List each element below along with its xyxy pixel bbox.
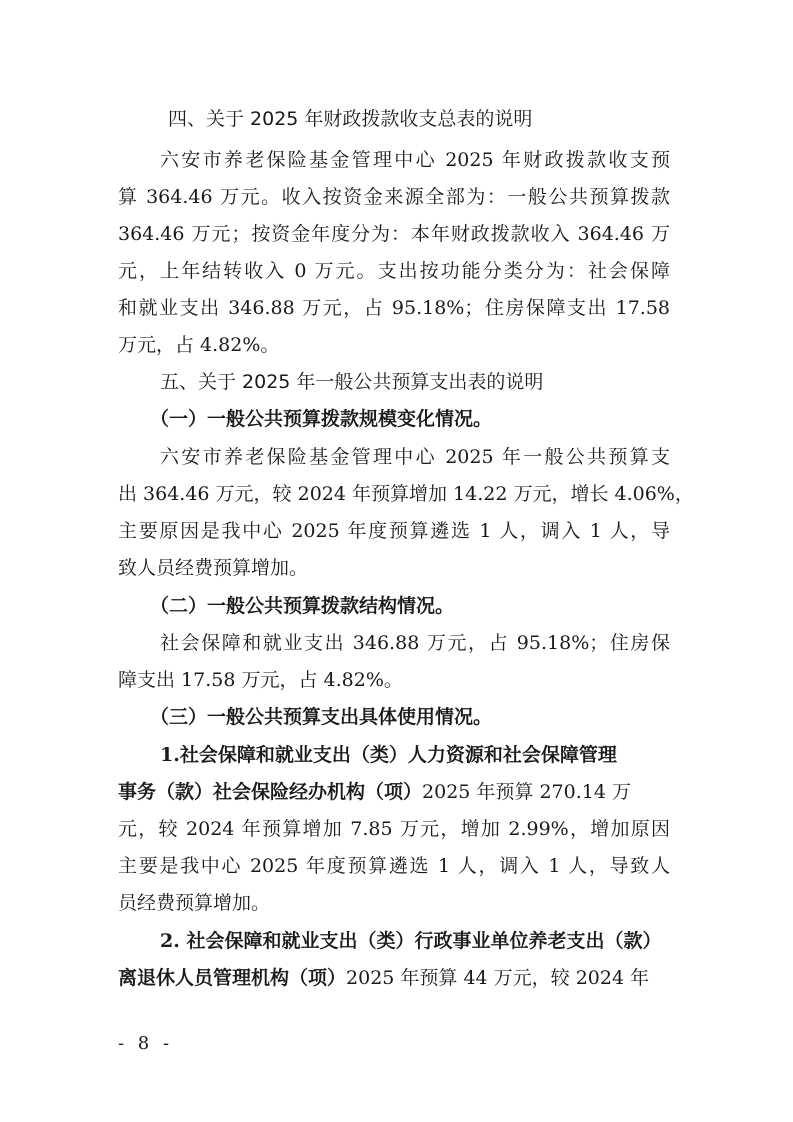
section-heading-5: 五、关于 2025 年一般公共预算支出表的说明 [160,370,670,394]
paragraph-line: 万元，占 4.82%。 [118,333,670,357]
item-2-line: 离退休人员管理机构（项）2025 年预算 44 万元，较 2024 年 [118,966,670,990]
item-2-amount: 2025 年预算 44 万元，较 2024 年 [346,967,649,989]
paragraph-line: 主要是我中心 2025 年度预算遴选 1 人，调入 1 人，导致人 [118,854,670,878]
item-1-title: 1.社会保障和就业支出（类）人力资源和社会保障管理 [160,743,670,767]
paragraph-line: 六安市养老保险基金管理中心 2025 年财政拨款收支预 [160,148,670,172]
item-1-category: 事务（款）社会保险经办机构（项） [118,781,422,803]
paragraph-line: 元，较 2024 年预算增加 7.85 万元，增加 2.99%，增加原因 [118,817,670,841]
paragraph-line: 社会保障和就业支出 346.88 万元，占 95.18%；住房保 [160,631,670,655]
paragraph-line: 障支出 17.58 万元，占 4.82%。 [118,668,670,692]
subheading-2: （二）一般公共预算拨款结构情况。 [150,594,660,618]
item-2-title: 2. 社会保障和就业支出（类）行政事业单位养老支出（款） [160,929,670,953]
paragraph-line: 和就业支出 346.88 万元，占 95.18%；住房保障支出 17.58 [118,296,670,320]
item-2-category: 离退休人员管理机构（项） [118,967,346,989]
paragraph-line: 元，上年结转收入 0 万元。支出按功能分类分为：社会保障 [118,259,670,283]
subheading-1: （一）一般公共预算拨款规模变化情况。 [150,407,660,431]
paragraph-line: 主要原因是我中心 2025 年度预算遴选 1 人，调入 1 人，导 [118,519,670,543]
paragraph-line: 算 364.46 万元。收入按资金来源全部为：一般公共预算拨款 [118,185,670,209]
subheading-3: （三）一般公共预算支出具体使用情况。 [150,705,660,729]
paragraph-line: 出 364.46 万元，较 2024 年预算增加 14.22 万元，增长 4.0… [118,482,670,506]
item-1-amount: 2025 年预算 270.14 万 [422,781,631,803]
section-heading-4: 四、关于 2025 年财政拨款收支总表的说明 [168,107,678,131]
item-1-line: 事务（款）社会保险经办机构（项）2025 年预算 270.14 万 [118,780,670,804]
document-page: 四、关于 2025 年财政拨款收支总表的说明 六安市养老保险基金管理中心 202… [0,0,793,1122]
paragraph-line: 员经费预算增加。 [118,891,670,915]
paragraph-line: 六安市养老保险基金管理中心 2025 年一般公共预算支 [160,445,670,469]
page-number: - 8 - [118,1033,173,1054]
paragraph-line: 致人员经费预算增加。 [118,556,670,580]
paragraph-line: 364.46 万元；按资金年度分为：本年财政拨款收入 364.46 万 [118,222,670,246]
